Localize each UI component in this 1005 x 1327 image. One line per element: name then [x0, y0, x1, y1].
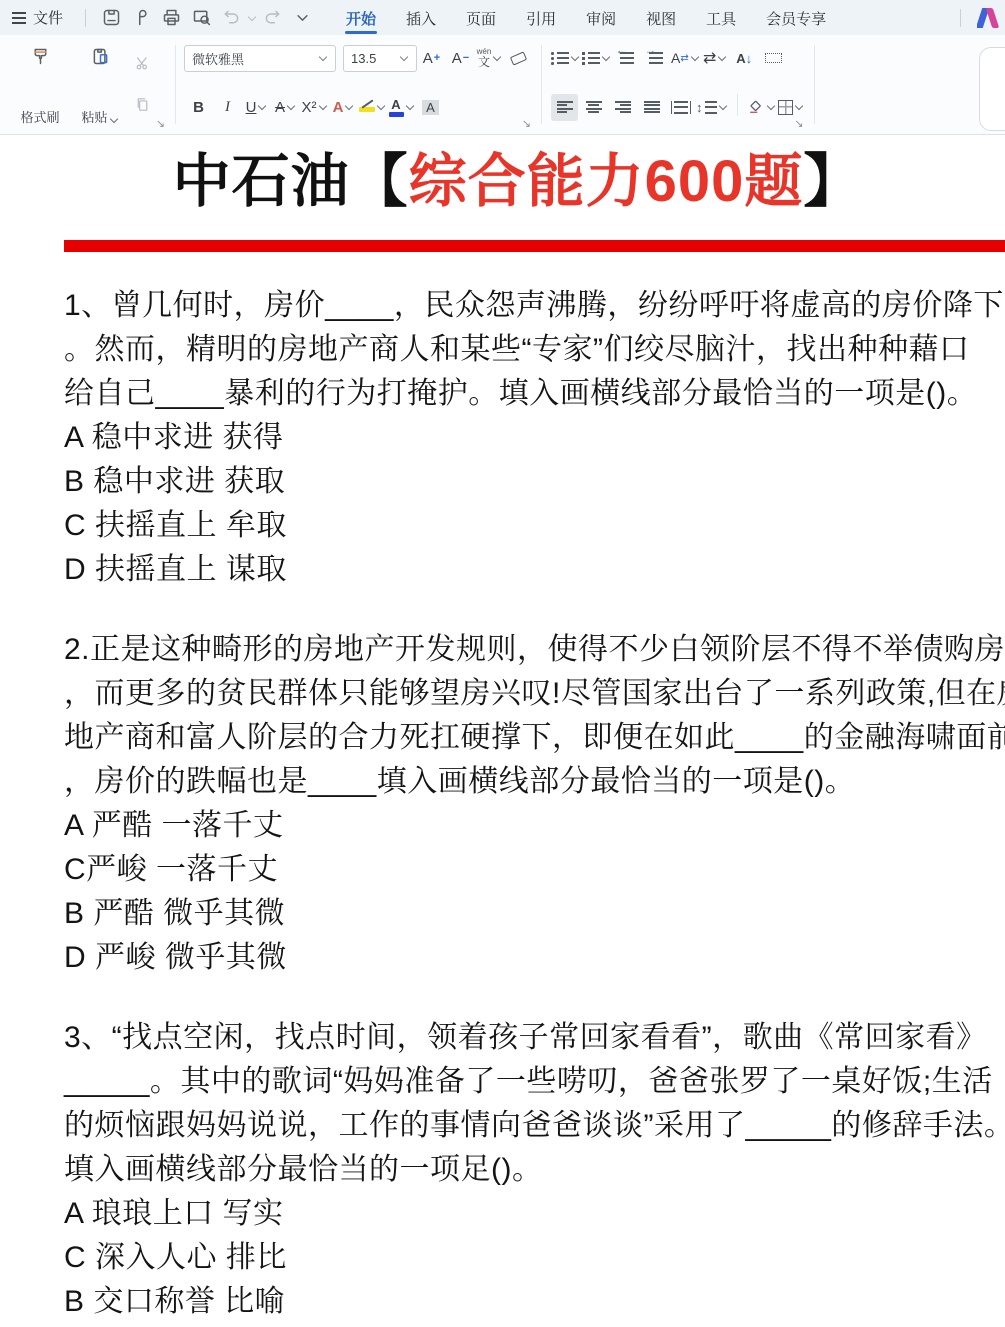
format-painter-button[interactable]: 格式刷	[12, 43, 68, 130]
question-text-line: 给自己____暴利的行为打掩护。填入画横线部分最恰当的一项是()。	[64, 372, 1005, 416]
wps-ai-logo-icon[interactable]	[977, 8, 999, 28]
option-line: B 稳中求进 获取	[64, 460, 1005, 504]
side-panel-card[interactable]	[979, 47, 1005, 131]
highlight-button[interactable]	[359, 94, 386, 121]
question-text-line: 1、曾几何时，房价____，民众怨声沸腾，纷纷呼吁将虚高的房价降下来	[64, 284, 1005, 328]
question-text-line: ，房价的跌幅也是____填入画横线部分最恰当的一项是()。	[64, 760, 1005, 804]
shading-button[interactable]	[747, 94, 776, 121]
undo-icon[interactable]	[216, 4, 246, 32]
justify-icon	[644, 101, 660, 114]
italic-button[interactable]: I	[214, 94, 241, 121]
question-text-line: ，而更多的贫民群体只能够望房兴叹!尽管国家出台了一系列政策,但在房	[64, 672, 1005, 716]
document-page: 中石油【综合能力600题】 1、曾几何时，房价____，民众怨声沸腾，纷纷呼吁将…	[0, 135, 1005, 1324]
menu-tab[interactable]: 审阅	[571, 1, 631, 35]
paste-icon	[90, 46, 111, 67]
separator	[85, 9, 86, 27]
menu-tab[interactable]: 会员专享	[751, 1, 841, 35]
question-text-line: 填入画横线部分最恰当的一项足()。	[64, 1148, 1005, 1192]
shrink-font-button[interactable]: A−	[447, 45, 474, 72]
separator	[175, 45, 176, 124]
document-title: 中石油【综合能力600题】	[0, 149, 1005, 216]
menu-tab[interactable]: 页面	[451, 1, 511, 35]
cut-copy-column	[132, 43, 153, 130]
redo-icon[interactable]	[257, 4, 287, 32]
option-line: A 琅琅上口 写实	[64, 1192, 1005, 1236]
bold-button[interactable]: B	[185, 94, 212, 121]
numbered-list-button[interactable]	[582, 45, 611, 72]
pinyin-guide-button[interactable]: wén文	[476, 45, 503, 72]
align-right-button[interactable]	[609, 94, 636, 121]
menu-hamburger-icon[interactable]	[12, 12, 26, 14]
menu-tabs: 开始插入页面引用审阅视图工具会员专享	[331, 1, 950, 35]
ruler-icon	[765, 53, 782, 63]
questions: 1、曾几何时，房价____，民众怨声沸腾，纷纷呼吁将虚高的房价降下来。然而，精明…	[64, 284, 1005, 1324]
paragraph-group: ← → A⇄ ⇄ A↓ ↕	[550, 43, 806, 130]
undo-dropdown-icon[interactable]	[248, 12, 256, 20]
print-preview-icon[interactable]	[186, 4, 216, 32]
question-text-line: 2.正是这种畸形的房地产开发规则，使得不少白领阶层不得不举债购房	[64, 628, 1005, 672]
align-center-icon	[586, 101, 602, 114]
justify-button[interactable]	[638, 94, 665, 121]
bullet-list-button[interactable]	[551, 45, 580, 72]
option-line: D 扶摇直上 谋取	[64, 548, 1005, 592]
option-line: C严峻 一落千丈	[64, 848, 1005, 892]
question-text-line: 的烦恼跟妈妈说说，工作的事情向爸爸谈谈”采用了_____的修辞手法。	[64, 1104, 1005, 1148]
cut-icon[interactable]	[134, 55, 151, 77]
align-left-icon	[557, 101, 573, 114]
menu-tab[interactable]: 工具	[691, 1, 751, 35]
line-spacing-button[interactable]: ↕	[696, 94, 728, 121]
format-painter-icon	[30, 46, 51, 67]
share-icon[interactable]	[126, 4, 156, 32]
superscript-button[interactable]: X²	[301, 94, 328, 121]
grow-font-button[interactable]: A+	[418, 45, 445, 72]
format-painter-label: 格式刷	[20, 107, 59, 126]
question-block: 2.正是这种畸形的房地产开发规则，使得不少白领阶层不得不举债购房，而更多的贫民群…	[64, 628, 1005, 980]
increase-indent-button[interactable]: →	[642, 45, 669, 72]
separator	[814, 45, 815, 124]
char-shading-button[interactable]: A	[417, 94, 444, 121]
pinyin-icon: wén文	[477, 48, 492, 68]
toolbar: 格式刷 粘贴 ↘ 微软雅黑	[0, 35, 1005, 135]
eraser-icon	[510, 51, 527, 65]
question-text-line: 。然而，精明的房地产商人和某些“专家”们绞尽脑汁，找出种种藉口	[64, 328, 1005, 372]
more-chevron-icon[interactable]	[287, 4, 317, 32]
title-highlight: 综合能力600题	[409, 149, 804, 214]
copy-icon[interactable]	[134, 96, 151, 118]
option-line: B 严酷 微乎其微	[64, 892, 1005, 936]
distribute-button[interactable]	[667, 94, 694, 121]
sort-button[interactable]: A↓	[731, 45, 758, 72]
option-line: B 交口称誉 比喻	[64, 1280, 1005, 1324]
menu-tab[interactable]: 视图	[631, 1, 691, 35]
increase-indent-icon: →	[649, 52, 663, 64]
option-line: A 稳中求进 获得	[64, 416, 1005, 460]
title-divider-rule	[64, 240, 1005, 252]
option-line: D 严峻 微乎其微	[64, 936, 1005, 980]
menu-tab[interactable]: 引用	[511, 1, 571, 35]
paste-button[interactable]: 粘贴	[72, 43, 128, 130]
separator	[960, 9, 961, 27]
font-color-icon: A	[389, 98, 404, 117]
numbered-list-icon	[588, 52, 600, 64]
paste-label: 粘贴	[81, 107, 118, 126]
dialog-launcher-icon[interactable]: ↘	[156, 117, 165, 130]
option-line: C 扶摇直上 牟取	[64, 504, 1005, 548]
option-line: A 严酷 一落千丈	[64, 804, 1005, 848]
font-size-value: 13.5	[351, 51, 376, 66]
text-effect-button[interactable]: A	[330, 94, 357, 121]
highlighter-icon	[359, 103, 375, 112]
distribute-icon	[671, 101, 691, 114]
dialog-launcher-icon[interactable]: ↘	[522, 117, 531, 130]
bullet-list-icon	[557, 52, 569, 64]
font-group: 微软雅黑 13.5 A+ A− wén文 B I U A X² A	[184, 43, 533, 130]
separator	[541, 45, 542, 124]
decrease-indent-icon: ←	[620, 52, 634, 64]
option-line: C 深入人心 排比	[64, 1236, 1005, 1280]
question-text-line: 地产商和富人阶层的合力死扛硬撑下，即便在如此____的金融海啸面前	[64, 716, 1005, 760]
file-menu-button[interactable]: 文件	[33, 7, 63, 28]
menu-tab[interactable]: 插入	[391, 1, 451, 35]
align-left-button[interactable]	[551, 94, 578, 121]
print-icon[interactable]	[156, 4, 186, 32]
question-block: 3、“找点空闲，找点时间，领着孩子常回家看看”，歌曲《常回家看》_____。其中…	[64, 1016, 1005, 1324]
font-size-select[interactable]: 13.5	[343, 45, 417, 72]
font-name-select[interactable]: 微软雅黑	[184, 45, 336, 72]
clipboard-group: 格式刷 粘贴 ↘	[12, 43, 167, 130]
menubar: 文件 开始插入页面引用审阅视图工具会员专享	[0, 0, 1005, 35]
dialog-launcher-icon[interactable]: ↘	[794, 117, 803, 130]
decrease-indent-button[interactable]: ←	[613, 45, 640, 72]
tab-ruler-button[interactable]	[760, 45, 787, 72]
clear-format-button[interactable]	[505, 45, 532, 72]
question-text-line: 3、“找点空闲，找点时间，领着孩子常回家看看”，歌曲《常回家看》	[64, 1016, 1005, 1060]
swap-arrows-icon: ⇄	[703, 48, 716, 68]
align-right-icon	[615, 101, 631, 114]
menu-tab[interactable]: 开始	[331, 1, 391, 35]
line-spacing-icon: ↕	[696, 100, 717, 115]
strikethrough-button[interactable]: A	[272, 94, 299, 121]
borders-icon	[778, 100, 793, 115]
text-direction-button[interactable]: A⇄	[671, 45, 700, 72]
wps-writer-window: 文件 开始插入页面引用审阅视图工具会员专享	[0, 0, 1005, 1327]
save-icon[interactable]	[96, 4, 126, 32]
title-prefix: 中石油【	[173, 149, 409, 214]
paint-bucket-icon	[747, 98, 765, 116]
cjk-layout-button[interactable]: ⇄	[702, 45, 729, 72]
font-color-button[interactable]: A	[388, 94, 415, 121]
align-center-button[interactable]	[580, 94, 607, 121]
question-text-line: _____。其中的歌词“妈妈准备了一些唠叨，爸爸张罗了一桌好饭;生活	[64, 1060, 1005, 1104]
font-name-value: 微软雅黑	[192, 49, 244, 68]
separator	[737, 94, 738, 116]
underline-button[interactable]: U	[243, 94, 270, 121]
question-block: 1、曾几何时，房价____，民众怨声沸腾，纷纷呼吁将虚高的房价降下来。然而，精明…	[64, 284, 1005, 592]
title-suffix: 】	[803, 149, 862, 214]
